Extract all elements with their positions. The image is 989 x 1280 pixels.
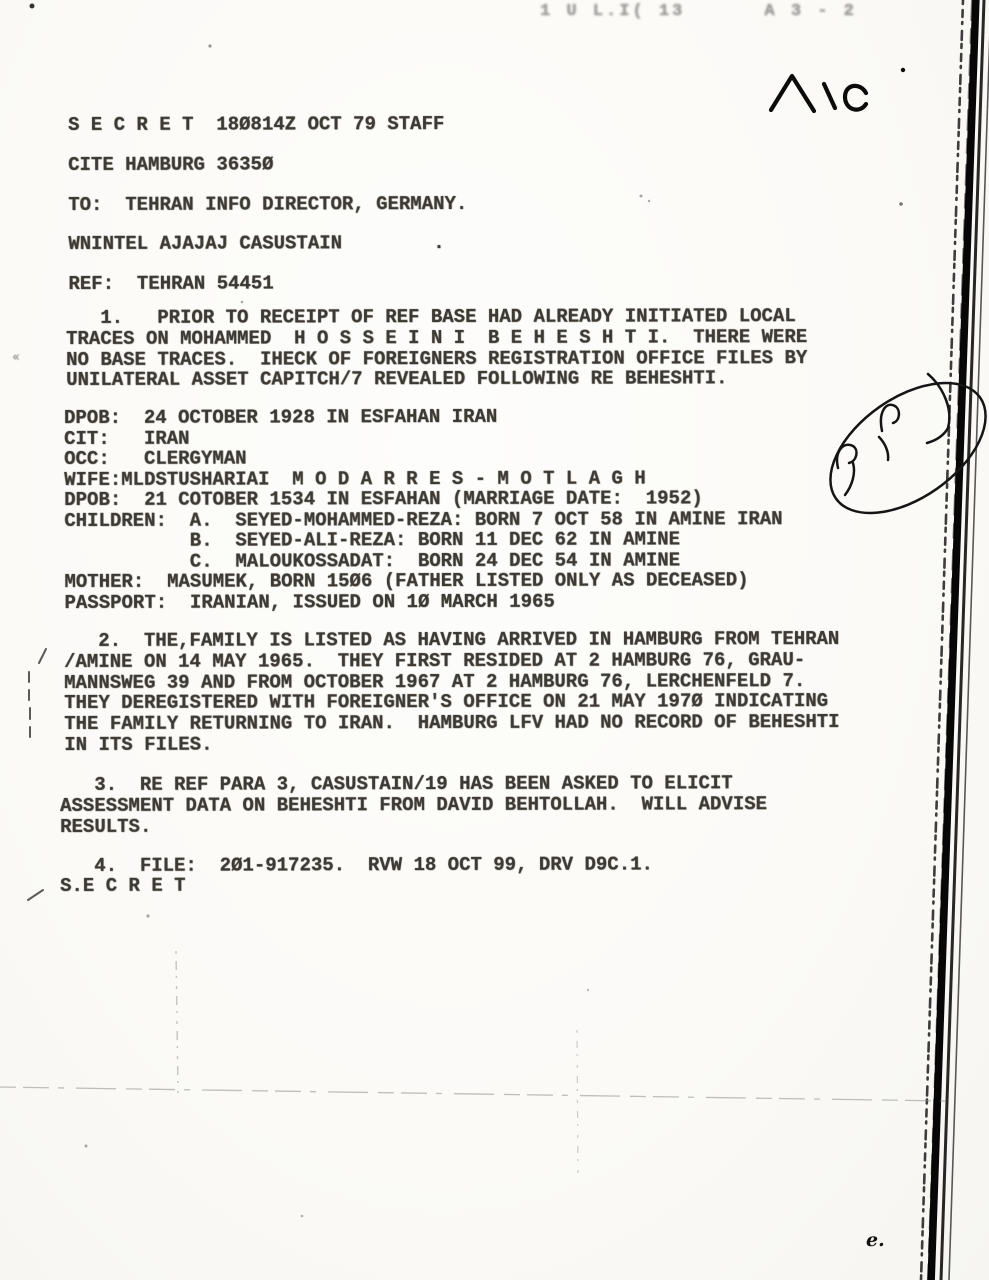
typed-line: IN ITS FILES. bbox=[64, 733, 839, 756]
typed-line: DPOB: 24 OCTOBER 1928 IN ESFAHAN IRAN bbox=[64, 406, 782, 428]
typed-line: TRACES ON MOHAMMED H O S S E I N I B E H… bbox=[66, 327, 807, 350]
handwritten-mc-annotation bbox=[771, 68, 905, 111]
typed-line: UNILATERAL ASSET CAPITCH/7 REVEALED FOLL… bbox=[66, 368, 807, 391]
typed-line: S.E C R E T bbox=[60, 874, 653, 896]
fold-lines bbox=[0, 951, 948, 1175]
typed-line: PASSPORT: IRANIAN, ISSUED ON 1Ø MARCH 19… bbox=[64, 591, 782, 613]
paragraph-2: 2. THE,FAMILY IS LISTED AS HAVING ARRIVE… bbox=[64, 629, 840, 756]
typed-line: ASSESSMENT DATA ON BEHESHTI FROM DAVID B… bbox=[60, 794, 767, 817]
typed-line: TO: TEHRAN INFO DIRECTOR, GERMANY. bbox=[68, 185, 467, 226]
typed-line: REF: TEHRAN 54451 bbox=[68, 264, 467, 305]
circled-annotation bbox=[807, 357, 989, 540]
typed-line: MOTHER: MASUMEK, BORN 15Ø6 (FATHER LISTE… bbox=[64, 570, 782, 592]
scanned-cable-document: 1 U L.I( 13 A 3 - 2 S E C R E T 18Ø814Z … bbox=[0, 0, 989, 1280]
typed-line: /AMINE ON 14 MAY 1965. THEY FIRST RESIDE… bbox=[64, 650, 839, 673]
typed-line: RESULTS. bbox=[60, 815, 767, 838]
typed-line: THE FAMILY RETURNING TO IRAN. HAMBURG LF… bbox=[64, 712, 839, 735]
bottom-right-pen-mark: e. bbox=[866, 1229, 885, 1251]
typed-line: DPOB: 21 COTOBER 1534 IN ESFAHAN (MARRIA… bbox=[64, 488, 782, 510]
typed-line: CITE HAMBURG 3635Ø bbox=[68, 145, 467, 186]
typed-line: 3. RE REF PARA 3, CASUSTAIN/19 HAS BEEN … bbox=[60, 773, 767, 796]
paragraph-3: 3. RE REF PARA 3, CASUSTAIN/19 HAS BEEN … bbox=[60, 773, 767, 837]
typed-line: CIT: IRAN bbox=[64, 427, 782, 449]
paragraph-1: 1. PRIOR TO RECEIPT OF REF BASE HAD ALRE… bbox=[66, 306, 807, 391]
scan-edge-bands bbox=[921, 0, 989, 1280]
bio-data-block: DPOB: 24 OCTOBER 1928 IN ESFAHAN IRANCIT… bbox=[64, 406, 783, 613]
typed-line: S E C R E T 18Ø814Z OCT 79 STAFF bbox=[68, 105, 467, 146]
typed-line: B. SEYED-ALI-REZA: BORN 11 DEC 62 IN AMI… bbox=[64, 529, 782, 551]
typed-line: 4. FILE: 2Ø1-917235. RVW 18 OCT 99, DRV … bbox=[60, 854, 653, 876]
typed-line: WNINTEL AJAJAJ CASUSTAIN . bbox=[68, 224, 467, 265]
paragraph-4: 4. FILE: 2Ø1-917235. RVW 18 OCT 99, DRV … bbox=[60, 854, 653, 896]
top-smudge-text: 1 U L.I( 13 A 3 - 2 bbox=[540, 2, 857, 21]
margin-chevron-mark: « bbox=[12, 350, 20, 365]
margin-tick-marks bbox=[28, 649, 46, 900]
cable-header: S E C R E T 18Ø814Z OCT 79 STAFFCITE HAM… bbox=[68, 105, 468, 305]
typed-line: OCC: CLERGYMAN bbox=[64, 447, 782, 469]
